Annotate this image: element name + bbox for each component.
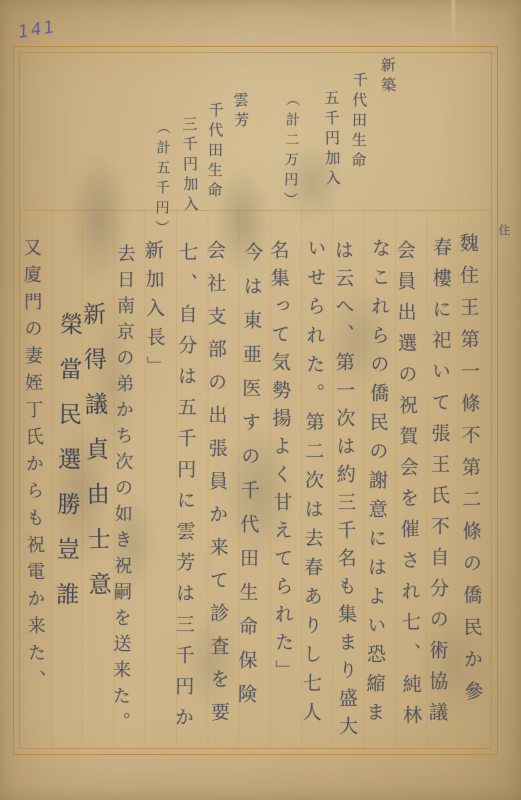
body-column-11: 新加入長」 [143, 240, 165, 385]
body-column-9: 会社支部の出張員か来て診査を要 [205, 240, 228, 735]
manuscript-page: 141 新築千代田生命五千円加入（計二万円）雲芳千代田生命三千円加入（計五千円）… [0, 0, 521, 800]
entry1-line: 千代田生命 [350, 72, 367, 172]
body-column-5: は云へ、第一次は約三千名も集まり盛大 [333, 240, 356, 744]
entry1-total: （計二万円） [282, 92, 299, 212]
entry2-line: 千代田生命 [206, 102, 223, 202]
body-column-7: 名集って気勢揚よく甘えてられた」 [268, 240, 292, 688]
body-column-2: 春樓に祀いて張王氏不自分の術協議 [427, 237, 450, 733]
entry2-line: 三千円加入 [181, 116, 198, 216]
poem-line-2: 榮當民選勝豈誰 [53, 312, 80, 627]
poem-line-1: 新得議貞由士意 [80, 302, 110, 617]
body-column-4: なこれらの僑民の謝意にはよい恐縮ま [364, 238, 389, 731]
paper-crease [452, 0, 455, 46]
entry2-title: 雲芳 [232, 92, 248, 132]
entry1-line: 五千円加入 [323, 90, 340, 190]
body-column-13: 又廈門の妻姪丁氏からも祝電か来た、 [22, 238, 45, 697]
entry2-total: （計五千円） [154, 120, 170, 240]
body-column-10: 七、自分は五千円に雲芳は三千円か [173, 242, 196, 738]
inserted-char: 住 [498, 224, 510, 236]
entry1-title: 新築 [379, 57, 395, 97]
body-column-6: いせられた。第二次は去春ありし七人 [300, 238, 324, 731]
body-column-12: 去日南京の弟かち次の如き祝嗣を送来た。 [110, 244, 133, 738]
page-number: 141 [17, 17, 58, 43]
body-column-8: 今は東亜医すの千代田生命保険 [236, 242, 262, 718]
body-column-1: 魏住王第一條不第二條の僑民か參 [457, 233, 481, 713]
